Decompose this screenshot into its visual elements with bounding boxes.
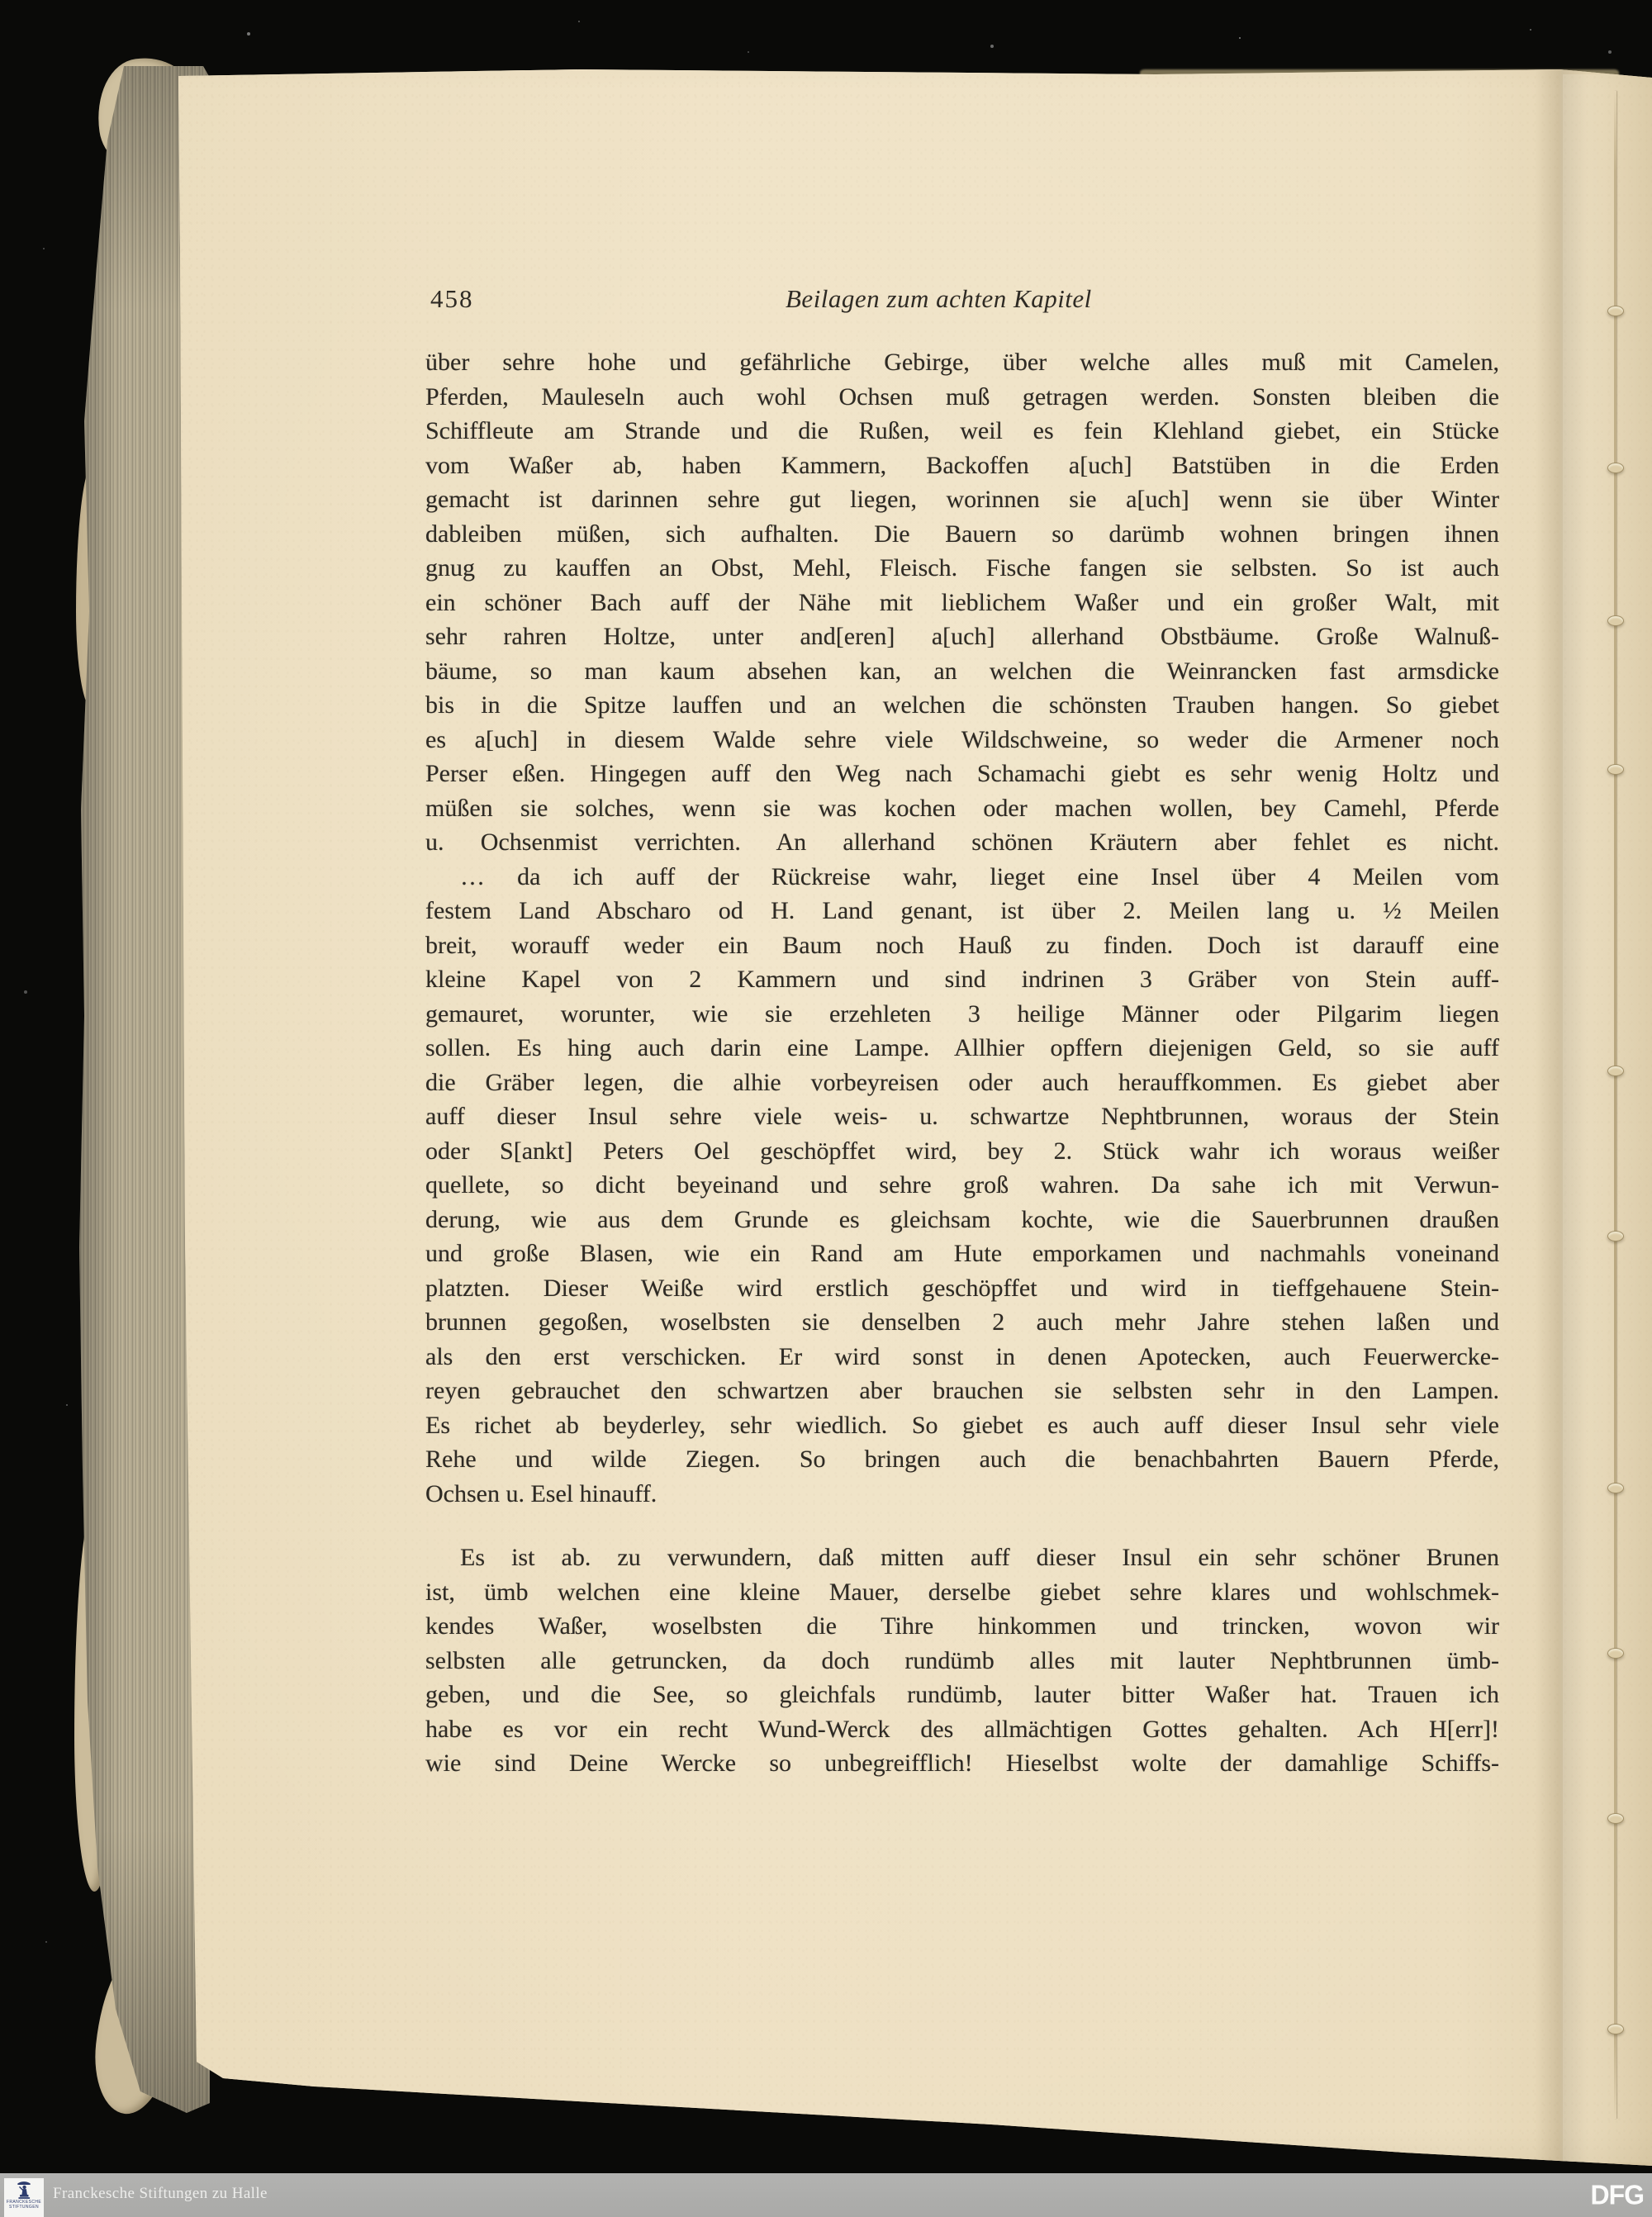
- text-line: brunnen gegoßen, woselbsten sie denselbe…: [425, 1305, 1499, 1340]
- text-line: Perser eßen. Hingegen auff den Weg nach …: [425, 757, 1499, 791]
- stitch-knot: [1607, 1231, 1624, 1241]
- text-line: geben, und die See, so gleichfals rundüm…: [425, 1678, 1499, 1712]
- text-line: Pferden, Mauleseln auch wohl Ochsen muß …: [425, 380, 1499, 415]
- paragraph: … da ich auff der Rückreise wahr, lieget…: [425, 860, 1499, 1512]
- text-line: oder S[ankt] Peters Oel geschöpffet wird…: [425, 1134, 1499, 1169]
- stitch-knot: [1607, 463, 1624, 473]
- text-line: auff dieser Insul sehre viele weis- u. s…: [425, 1099, 1499, 1134]
- text-line: Es ist ab. zu verwundern, daß mitten auf…: [425, 1541, 1499, 1575]
- text-line: über sehre hohe und gefährliche Gebirge,…: [425, 345, 1499, 380]
- text-line: sehr rahren Holtze, unter and[eren] a[uc…: [425, 620, 1499, 654]
- institution-name: Franckesche Stiftungen zu Halle: [53, 2185, 268, 2203]
- text-line: Ochsen u. Esel hinauff.: [425, 1477, 1499, 1512]
- text-line: sollen. Es hing auch darin eine Lampe. A…: [425, 1031, 1499, 1066]
- franckesche-emblem-icon: [15, 2180, 33, 2200]
- scan-background: 458 Beilagen zum achten Kapitel über seh…: [0, 0, 1652, 2217]
- stitch-knot: [1607, 1066, 1624, 1076]
- text-line: als den erst verschicken. Er wird sonst …: [425, 1340, 1499, 1374]
- text-line: kendes Waßer, woselbsten die Tihre hinko…: [425, 1609, 1499, 1644]
- text-line: müßen sie solches, wenn sie was kochen o…: [425, 791, 1499, 826]
- text-line: platzten. Dieser Weiße wird erstlich ges…: [425, 1271, 1499, 1306]
- text-line: kleine Kapel von 2 Kammern und sind indr…: [425, 962, 1499, 997]
- running-head: 458 Beilagen zum achten Kapitel: [425, 284, 1499, 322]
- page-number: 458: [430, 284, 474, 314]
- text-line: u. Ochsenmist verrichten. An allerhand s…: [425, 825, 1499, 860]
- text-line: bis in die Spitze lauffen und an welchen…: [425, 688, 1499, 723]
- text-line: die Gräber legen, die alhie vorbeyreisen…: [425, 1066, 1499, 1100]
- text-line: … da ich auff der Rückreise wahr, lieget…: [425, 860, 1499, 895]
- stitch-knot: [1607, 1648, 1624, 1659]
- text-line: selbsten alle getruncken, da doch rundüm…: [425, 1644, 1499, 1678]
- book-page: 458 Beilagen zum achten Kapitel über seh…: [0, 0, 1652, 2217]
- text-line: festem Land Abscharo od H. Land genant, …: [425, 894, 1499, 928]
- text-line: ein schöner Bach auff der Nähe mit liebl…: [425, 586, 1499, 620]
- dfg-logo: DFG: [1590, 2179, 1644, 2211]
- dust-speckles: [0, 0, 2, 2]
- text-line: quellete, so dicht beyeinand und sehre g…: [425, 1168, 1499, 1203]
- text-line: habe es vor ein recht Wund-Werck des all…: [425, 1712, 1499, 1747]
- text-line: gemauret, worunter, wie sie erzehleten 3…: [425, 997, 1499, 1032]
- text-line: wie sind Deine Wercke so unbegreifflich!…: [425, 1746, 1499, 1781]
- text-line: und große Blasen, wie ein Rand am Hute e…: [425, 1237, 1499, 1271]
- text-line: bäume, so man kaum absehen kan, an welch…: [425, 654, 1499, 689]
- text-line: dableiben müßen, sich aufhalten. Die Bau…: [425, 517, 1499, 552]
- franckesche-stiftungen-logo: FRANCKESCHE STIFTUNGEN: [4, 2178, 44, 2217]
- text-line: gemacht ist darinnen sehre gut liegen, w…: [425, 482, 1499, 517]
- stitch-knot: [1607, 2024, 1624, 2034]
- stitch-knot: [1607, 1813, 1624, 1824]
- stitch-knot: [1607, 615, 1624, 626]
- stitch-knot: [1607, 764, 1624, 775]
- running-header-title: Beilagen zum achten Kapitel: [786, 284, 1092, 314]
- text-line: gnug zu kauffen an Obst, Mehl, Fleisch. …: [425, 551, 1499, 586]
- stitch-knot: [1607, 306, 1624, 316]
- gutter-highlight: [1563, 74, 1652, 2162]
- text-line: ist, ümb welchen eine kleine Mauer, ders…: [425, 1575, 1499, 1610]
- text-line: reyen gebrauchet den schwartzen aber bra…: [425, 1374, 1499, 1408]
- text-line: breit, worauff weder ein Baum noch Hauß …: [425, 928, 1499, 963]
- stitch-knot: [1607, 1483, 1624, 1493]
- paragraph: über sehre hohe und gefährliche Gebirge,…: [425, 345, 1499, 860]
- text-line: derung, wie aus dem Grunde es gleichsam …: [425, 1203, 1499, 1237]
- logo-caption-line2: STIFTUNGEN: [9, 2205, 39, 2210]
- text-line: Schiffleute am Strande und die Rußen, we…: [425, 414, 1499, 449]
- text-line: vom Waßer ab, haben Kammern, Backoffen a…: [425, 449, 1499, 483]
- paragraph: Es ist ab. zu verwundern, daß mitten auf…: [425, 1541, 1499, 1781]
- viewer-footer-bar: FRANCKESCHE STIFTUNGEN Franckesche Stift…: [0, 2173, 1652, 2217]
- text-line: Rehe und wilde Ziegen. So bringen auch d…: [425, 1442, 1499, 1477]
- text-block: über sehre hohe und gefährliche Gebirge,…: [425, 345, 1499, 1781]
- text-line: Es richet ab beyderley, sehr wiedlich. S…: [425, 1408, 1499, 1443]
- text-line: es a[uch] in diesem Walde sehre viele Wi…: [425, 723, 1499, 757]
